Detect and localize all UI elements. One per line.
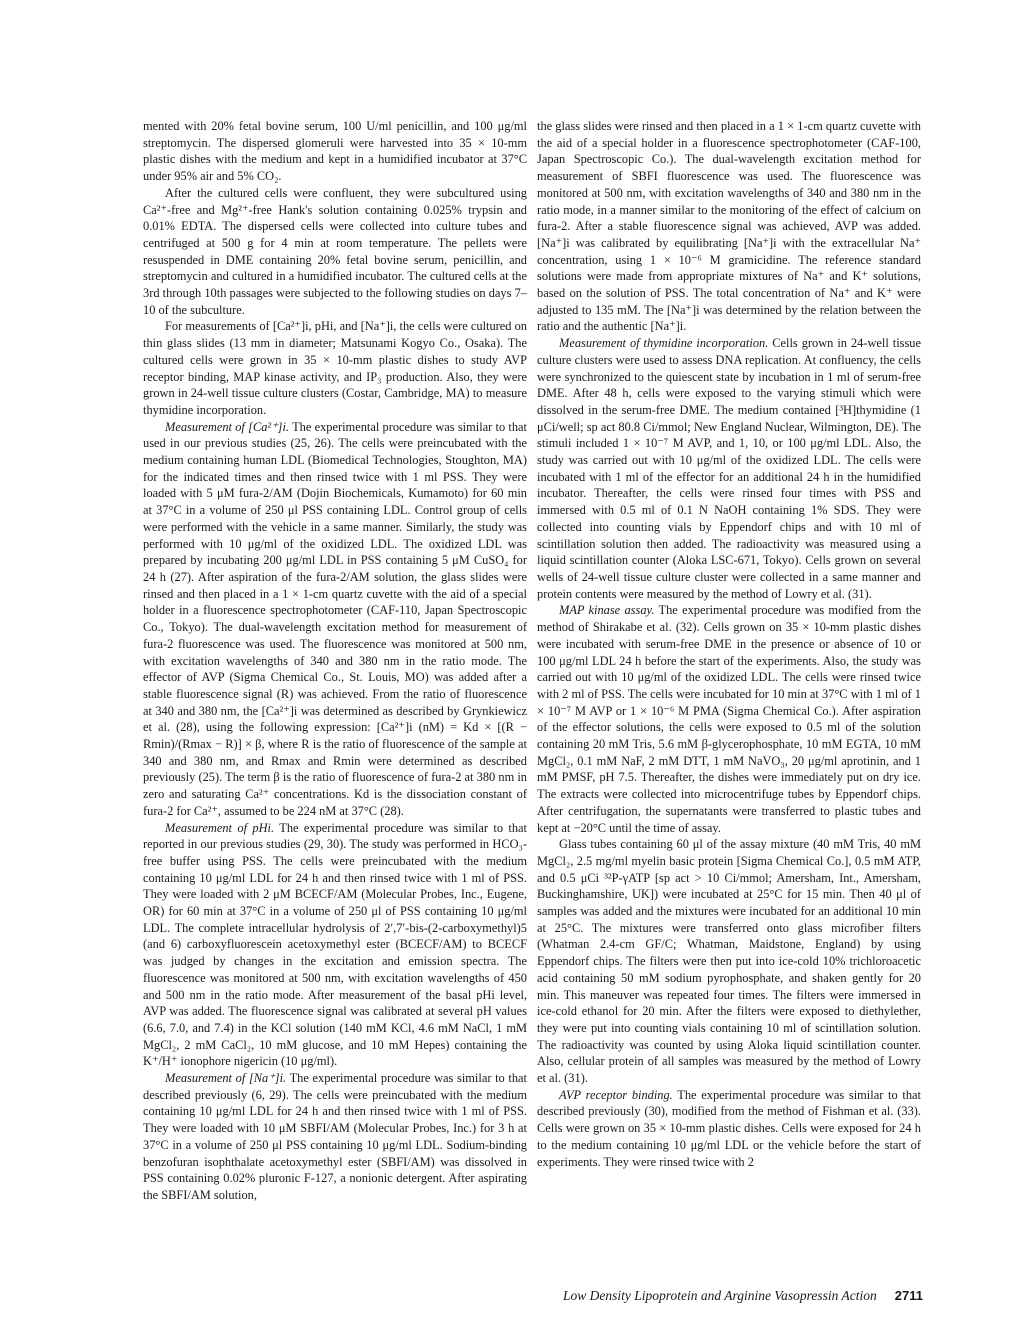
section-calcium-measurement: Measurement of [Ca²⁺]i. The experimental… — [143, 419, 527, 820]
paragraph-culture-vessels: For measurements of [Ca²⁺]i, pHi, and [N… — [143, 318, 527, 418]
section-thymidine-incorporation: Measurement of thymidine incorporation. … — [537, 335, 921, 602]
paragraph-sodium-continued: the glass slides were rinsed and then pl… — [537, 118, 921, 335]
section-body: The experimental procedure was similar t… — [143, 1071, 527, 1202]
section-heading: MAP kinase assay. — [559, 603, 654, 617]
page-footer: Low Density Lipoprotein and Arginine Vas… — [563, 1288, 923, 1304]
section-map-kinase-assay: MAP kinase assay. The experimental proce… — [537, 602, 921, 836]
left-column: mented with 20% fetal bovine serum, 100 … — [143, 118, 527, 1204]
section-heading: AVP receptor binding. — [559, 1088, 673, 1102]
page-number: 2711 — [895, 1288, 923, 1303]
running-title: Low Density Lipoprotein and Arginine Vas… — [563, 1288, 877, 1304]
section-heading: Measurement of [Ca²⁺]i. — [165, 420, 289, 434]
section-heading: Measurement of thymidine incorporation. — [559, 336, 768, 350]
section-body: Cells grown in 24-well tissue culture cl… — [537, 336, 921, 601]
section-phi-measurement: Measurement of pHi. The experimental pro… — [143, 820, 527, 1071]
paragraph-subculture: After the cultured cells were confluent,… — [143, 185, 527, 319]
section-body: The experimental procedure was modified … — [537, 603, 921, 834]
paragraph-assay-mixture: Glass tubes containing 60 μl of the assa… — [537, 836, 921, 1087]
section-heading: Measurement of [Na⁺]i. — [165, 1071, 286, 1085]
section-body: The experimental procedure was similar t… — [143, 821, 527, 1069]
section-sodium-measurement: Measurement of [Na⁺]i. The experimental … — [143, 1070, 527, 1204]
right-column: the glass slides were rinsed and then pl… — [537, 118, 921, 1170]
journal-page: mented with 20% fetal bovine serum, 100 … — [0, 0, 1020, 1320]
section-avp-receptor-binding: AVP receptor binding. The experimental p… — [537, 1087, 921, 1171]
section-body: The experimental procedure was similar t… — [143, 420, 527, 818]
section-heading: Measurement of pHi. — [165, 821, 274, 835]
paragraph-culture-medium: mented with 20% fetal bovine serum, 100 … — [143, 118, 527, 185]
